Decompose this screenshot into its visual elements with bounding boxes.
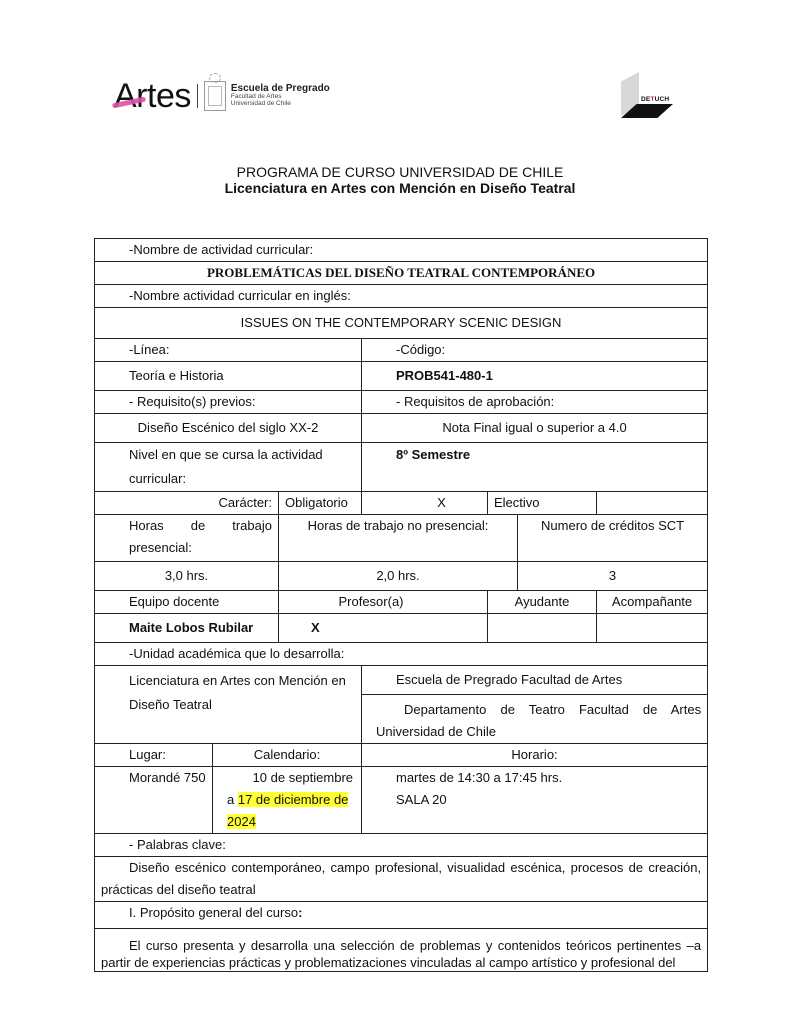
palabras-label: - Palabras clave: [95,834,708,857]
docente-profesor-mark: X [279,614,488,643]
horas-presencial-value: 3,0 hrs. [95,562,279,591]
linea-value: Teoría e Historia [95,362,362,391]
requisitos-previos-label: - Requisito(s) previos: [95,391,362,414]
proposito-colon: : [298,905,302,920]
table-row: Nivel en que se cursa la actividad curri… [95,443,708,492]
calendario-end: 17 de diciembre de 2024 [227,792,348,829]
table-row: Diseño escénico contemporáneo, campo pro… [95,857,708,902]
ayudante-label: Ayudante [488,591,597,614]
table-row: Teoría e Historia PROB541-480-1 [95,362,708,391]
document-title: PROGRAMA DE CURSO UNIVERSIDAD DE CHILE [0,164,800,180]
detuch-logo: DETUCH [616,68,676,120]
table-row: -Línea: -Código: [95,339,708,362]
electivo-mark [597,492,708,515]
requisitos-previos-value: Diseño Escénico del siglo XX-2 [95,414,362,443]
horario-label: Horario: [362,744,708,767]
obligatorio-mark: X [362,492,488,515]
table-row: Licenciatura en Artes con Mención en Dis… [95,666,708,695]
proposito-label: I. Propósito general del curso: [95,902,708,929]
table-row: Carácter: Obligatorio X Electivo [95,492,708,515]
artes-word: Artes [114,77,191,115]
codigo-label: -Código: [362,339,708,362]
creditos-label: Numero de créditos SCT [518,515,708,562]
course-name: PROBLEMÁTICAS DEL DISEÑO TEATRAL CONTEMP… [95,262,708,285]
calendario-a: a [227,792,238,807]
lugar-value: Morandé 750 [95,767,213,834]
unidad-carrera: Licenciatura en Artes con Mención en Dis… [95,666,362,744]
artes-logo: Artes Escuela de Pregrado Facultad de Ar… [114,76,330,116]
calendario-value: 10 de septiembre a 17 de diciembre de 20… [213,767,362,834]
artes-wordmark: Artes [114,79,191,113]
document-subtitle: Licenciatura en Artes con Mención en Dis… [0,180,800,196]
table-row: Equipo docente Profesor(a) Ayudante Acom… [95,591,708,614]
docente-ayudante-mark [488,614,597,643]
table-row: - Palabras clave: [95,834,708,857]
docente-name: Maite Lobos Rubilar [95,614,279,643]
palabras-value: Diseño escénico contemporáneo, campo pro… [95,857,708,902]
nombre-label: -Nombre de actividad curricular: [95,239,708,262]
lugar-label: Lugar: [95,744,213,767]
unidad-escuela: Escuela de Pregrado Facultad de Artes [362,666,708,695]
acompanante-label: Acompañante [597,591,708,614]
proposito-label-text: I. Propósito general del curso [129,905,298,920]
calendario-label: Calendario: [213,744,362,767]
requisitos-aprobacion-label: - Requisitos de aprobación: [362,391,708,414]
logo-divider [197,84,198,108]
horas-no-presencial-label: Horas de trabajo no presencial: [279,515,518,562]
horario-line1: martes de 14:30 a 17:45 hrs. [396,767,701,789]
table-row: -Nombre de actividad curricular: [95,239,708,262]
artes-logo-text: Escuela de Pregrado Facultad de Artes Un… [231,84,330,108]
linea-label: -Línea: [95,339,362,362]
proposito-value: El curso presenta y desarrolla una selec… [95,929,708,972]
detuch-label-c: UCH [655,96,670,103]
table-row: -Unidad académica que lo desarrolla: [95,643,708,666]
table-row: Lugar: Calendario: Horario: [95,744,708,767]
obligatorio-label: Obligatorio [279,492,362,515]
logo-line3: Universidad de Chile [231,101,330,108]
horario-line2: SALA 20 [396,789,701,811]
detuch-label: DETUCH [641,96,669,103]
unidad-departamento: Departamento de Teatro Facultad de Artes… [362,695,708,744]
table-row: I. Propósito general del curso: [95,902,708,929]
horas-no-presencial-value: 2,0 hrs. [279,562,518,591]
table-row: Morandé 750 10 de septiembre a 17 de dic… [95,767,708,834]
nivel-value: 8º Semestre [362,443,708,492]
creditos-value: 3 [518,562,708,591]
table-row: Diseño Escénico del siglo XX-2 Nota Fina… [95,414,708,443]
table-row: PROBLEMÁTICAS DEL DISEÑO TEATRAL CONTEMP… [95,262,708,285]
equipo-label: Equipo docente [95,591,279,614]
table-row: Horas de trabajo presencial: Horas de tr… [95,515,708,562]
unidad-label: -Unidad académica que lo desarrolla: [95,643,708,666]
caracter-label: Carácter: [95,492,279,515]
course-name-english: ISSUES ON THE CONTEMPORARY SCENIC DESIGN [95,308,708,339]
codigo-value: PROB541-480-1 [362,362,708,391]
university-crest-icon [204,81,226,111]
nivel-label: Nivel en que se cursa la actividad curri… [95,443,362,492]
course-program-table: -Nombre de actividad curricular: PROBLEM… [94,238,708,972]
nombre-ingles-label: -Nombre actividad curricular en inglés: [95,285,708,308]
electivo-label: Electivo [488,492,597,515]
profesor-label: Profesor(a) [279,591,488,614]
table-row: -Nombre actividad curricular en inglés: [95,285,708,308]
table-row: 3,0 hrs. 2,0 hrs. 3 [95,562,708,591]
calendario-end-line: a 17 de diciembre de 2024 [227,789,351,833]
horario-value: martes de 14:30 a 17:45 hrs. SALA 20 [362,767,708,834]
requisitos-aprobacion-value: Nota Final igual o superior a 4.0 [362,414,708,443]
table-row: ISSUES ON THE CONTEMPORARY SCENIC DESIGN [95,308,708,339]
table-row: - Requisito(s) previos: - Requisitos de … [95,391,708,414]
calendario-start: 10 de septiembre [227,767,355,789]
table-row: Maite Lobos Rubilar X [95,614,708,643]
docente-acompanante-mark [597,614,708,643]
table-row: El curso presenta y desarrolla una selec… [95,929,708,972]
horas-presencial-label: Horas de trabajo presencial: [95,515,279,562]
